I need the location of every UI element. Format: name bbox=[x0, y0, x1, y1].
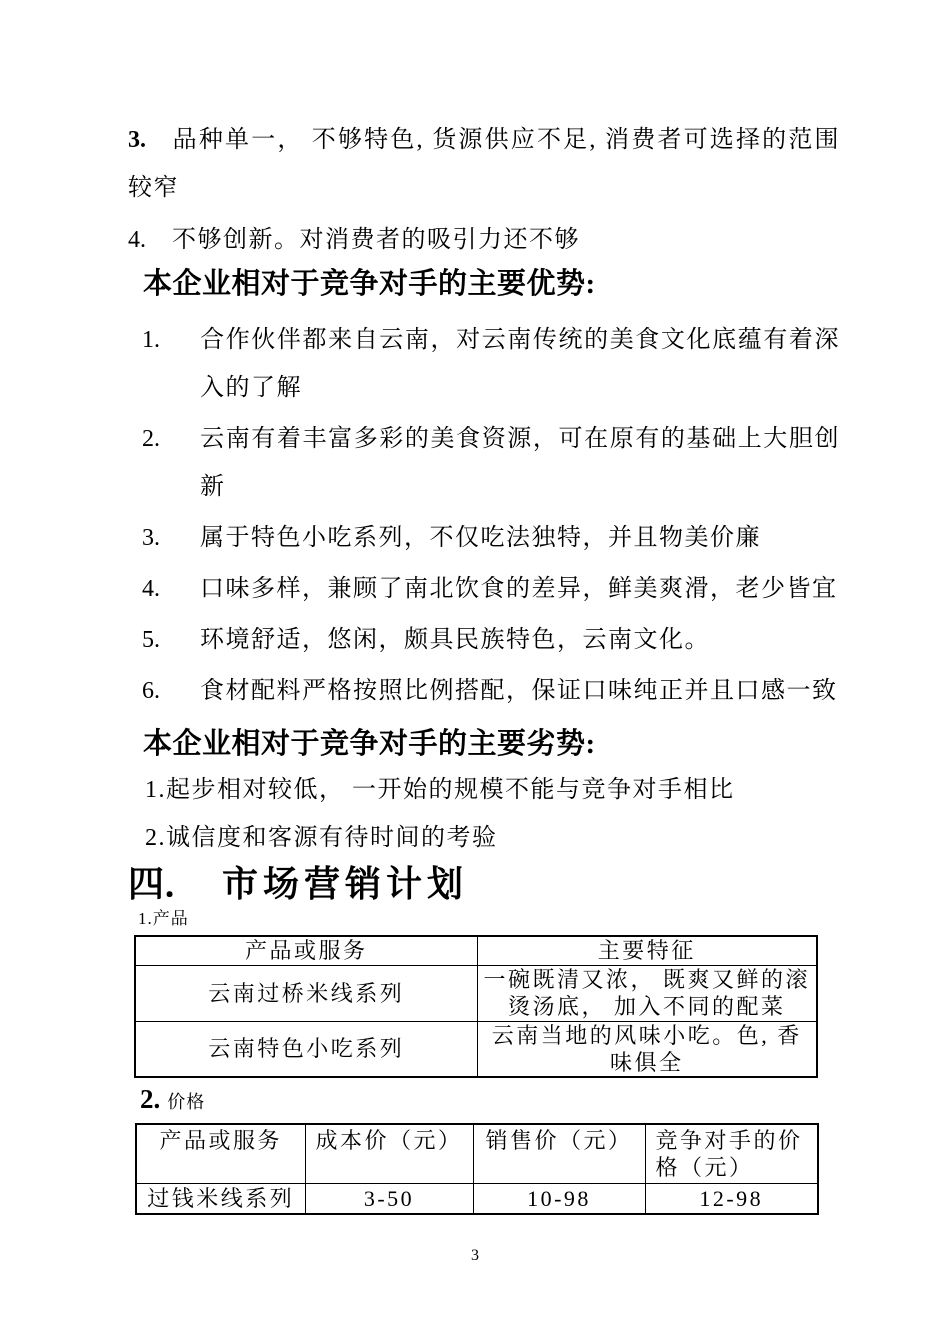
item-text: 不够创新。对消费者的吸引力还不够 bbox=[172, 227, 580, 253]
section-title: 市场营销计划 bbox=[222, 864, 468, 904]
advantages-list: 1.合作伙伴都来自云南，对云南传统的美食文化底蕴有着深入的了解 2.云南有着丰富… bbox=[142, 316, 840, 718]
list-item: 2.云南有着丰富多彩的美食资源，可在原有的基础上大胆创新 bbox=[142, 415, 840, 511]
list-item: 4.口味多样，兼顾了南北饮食的差异，鲜美爽滑，老少皆宜 bbox=[142, 565, 840, 613]
item-marker: 2. bbox=[142, 415, 200, 463]
list-item: 6.食材配料严格按照比例搭配，保证口味纯正并且口感一致 bbox=[142, 667, 840, 715]
table-header-cell: 主要特征 bbox=[477, 936, 817, 965]
item-text: 食材配料严格按照比例搭配，保证口味纯正并且口感一致 bbox=[200, 678, 838, 704]
table-cell: 云南过桥米线系列 bbox=[135, 965, 477, 1021]
price-table-label: 2.价格 bbox=[140, 1082, 205, 1121]
item-marker: 1. bbox=[142, 316, 200, 364]
table-cell: 3-50 bbox=[305, 1183, 473, 1214]
product-table: 产品或服务 主要特征 云南过桥米线系列 一碗既清又浓， 既爽又鲜的滚烫汤底， 加… bbox=[134, 935, 818, 1078]
item-text: 品种单一， 不够特色, 货源供应不足, 消费者可选择的范围较窄 bbox=[128, 127, 840, 201]
item-text: 属于特色小吃系列，不仅吃法独特，并且物美价廉 bbox=[200, 525, 761, 551]
price-label-text: 价格 bbox=[167, 1092, 205, 1112]
disadvantages-heading: 本企业相对于竞争对手的主要劣势: bbox=[143, 728, 596, 760]
list-item: 3.属于特色小吃系列，不仅吃法独特，并且物美价廉 bbox=[142, 514, 840, 562]
document-page: 3.品种单一， 不够特色, 货源供应不足, 消费者可选择的范围较窄 4.不够创新… bbox=[0, 0, 950, 1344]
table-header-cell: 竞争对手的价格（元） bbox=[645, 1124, 818, 1183]
table-cell: 10-98 bbox=[473, 1183, 645, 1214]
item-text: 口味多样，兼顾了南北饮食的差异，鲜美爽滑，老少皆宜 bbox=[200, 576, 838, 602]
page-number: 3 bbox=[0, 1247, 950, 1265]
item-text: 云南有着丰富多彩的美食资源，可在原有的基础上大胆创新 bbox=[200, 426, 840, 500]
table-cell: 一碗既清又浓， 既爽又鲜的滚烫汤底， 加入不同的配菜 bbox=[477, 965, 817, 1021]
table-cell: 过钱米线系列 bbox=[136, 1183, 305, 1214]
item-text: 合作伙伴都来自云南，对云南传统的美食文化底蕴有着深入的了解 bbox=[200, 327, 840, 401]
table-cell: 12-98 bbox=[645, 1183, 818, 1214]
disadvantages-list: 1.起步相对较低， 一开始的规模不能与竞争对手相比 2.诚信度和客源有待时间的考… bbox=[145, 766, 845, 862]
list-item: 2.诚信度和客源有待时间的考验 bbox=[145, 814, 845, 862]
table-header-cell: 产品或服务 bbox=[136, 1124, 305, 1183]
item-text: 环境舒适，悠闲，颇具民族特色，云南文化。 bbox=[200, 627, 710, 653]
table-header-row: 产品或服务 主要特征 bbox=[135, 936, 817, 965]
item-marker: 3. bbox=[128, 116, 172, 164]
price-table: 产品或服务 成本价（元） 销售价（元） 竞争对手的价格（元） 过钱米线系列 3-… bbox=[135, 1123, 819, 1215]
price-label-number: 2. bbox=[140, 1084, 160, 1114]
item-marker: 4. bbox=[128, 216, 172, 264]
item-marker: 6. bbox=[142, 667, 200, 715]
item-marker: 4. bbox=[142, 565, 200, 613]
table-cell: 云南当地的风味小吃。色, 香味俱全 bbox=[477, 1021, 817, 1077]
item-marker: 5. bbox=[142, 616, 200, 664]
list-item: 1.合作伙伴都来自云南，对云南传统的美食文化底蕴有着深入的了解 bbox=[142, 316, 840, 412]
section-heading: 四．市场营销计划 bbox=[128, 862, 468, 906]
table-cell: 云南特色小吃系列 bbox=[135, 1021, 477, 1077]
table-header-cell: 产品或服务 bbox=[135, 936, 477, 965]
list-item: 3.品种单一， 不够特色, 货源供应不足, 消费者可选择的范围较窄 bbox=[128, 116, 840, 212]
item-marker: 3. bbox=[142, 514, 200, 562]
section-number: 四． bbox=[128, 864, 200, 904]
product-table-label: 1.产品 bbox=[138, 908, 189, 930]
advantages-heading: 本企业相对于竞争对手的主要优势: bbox=[143, 268, 596, 300]
table-header-cell: 成本价（元） bbox=[305, 1124, 473, 1183]
table-header-cell: 销售价（元） bbox=[473, 1124, 645, 1183]
table-row: 云南过桥米线系列 一碗既清又浓， 既爽又鲜的滚烫汤底， 加入不同的配菜 bbox=[135, 965, 817, 1021]
table-header-row: 产品或服务 成本价（元） 销售价（元） 竞争对手的价格（元） bbox=[136, 1124, 818, 1183]
table-row: 过钱米线系列 3-50 10-98 12-98 bbox=[136, 1183, 818, 1214]
list-item: 1.起步相对较低， 一开始的规模不能与竞争对手相比 bbox=[145, 766, 845, 814]
list-item: 4.不够创新。对消费者的吸引力还不够 bbox=[128, 216, 840, 264]
list-item: 5.环境舒适，悠闲，颇具民族特色，云南文化。 bbox=[142, 616, 840, 664]
table-row: 云南特色小吃系列 云南当地的风味小吃。色, 香味俱全 bbox=[135, 1021, 817, 1077]
